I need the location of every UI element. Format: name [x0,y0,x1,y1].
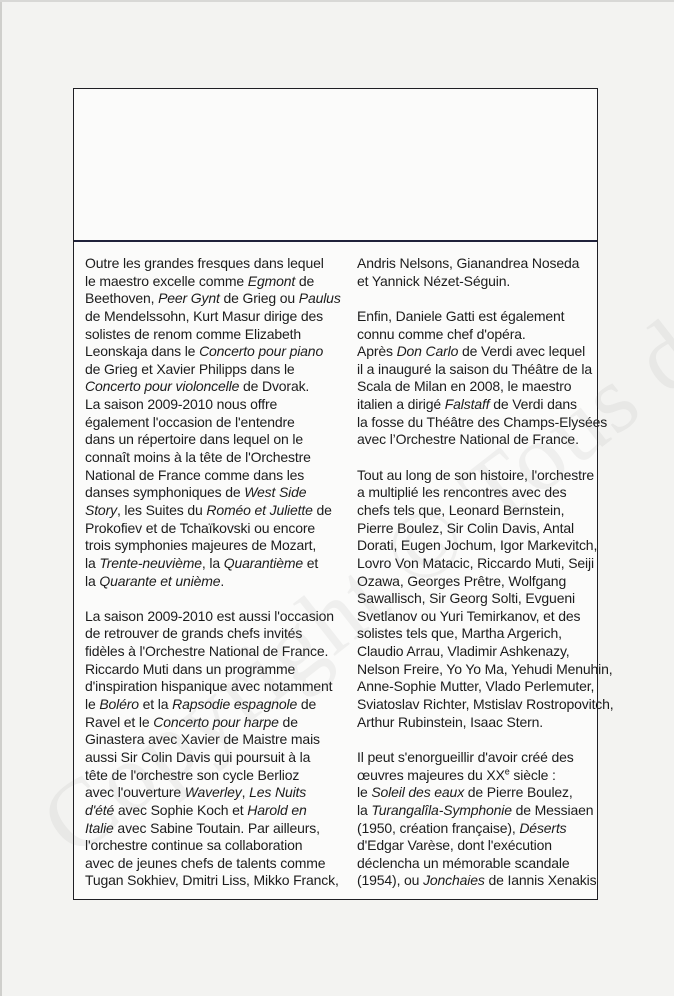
text-run: Prokofiev et de Tchaïkovski ou encore [85,520,315,536]
text-run: Lovro Von Matacic, Riccardo Muti, Seiji [357,555,594,571]
text-run: de Verdi dans [489,396,576,412]
text-run: Ravel et le [85,714,153,730]
text-line: avec l’Orchestre National de France. [357,431,597,449]
text-line: Dorati, Eugen Jochum, Igor Markevitch, [357,537,597,555]
paragraph: Enfin, Daniele Gatti est égalementconnu … [357,308,597,449]
text-run: avec Sabine Toutain. Par ailleurs, [114,820,320,836]
text-run: d'Edgar Varèse, dont l'exécution [357,837,552,853]
italic-title: Roméo et Juliette [206,502,312,518]
text-run: chefs tels que, Leonard Bernstein, [357,502,564,518]
text-run: Sawallisch, Sir Georg Solti, Evgueni [357,590,575,606]
text-line: italien a dirigé Falstaff de Verdi dans [357,396,597,414]
text-run: Claudio Arrau, Vladimir Ashkenazy, [357,643,570,659]
text-run: de Mendelssohn, Kurt Masur dirige des [85,308,323,324]
text-run: de [279,714,298,730]
italic-title: Les Nuits [249,784,306,800]
text-run: avec Sophie Koch et [114,802,247,818]
text-line: Concerto pour violoncelle de Dvorak. [85,378,335,396]
text-run: Arthur Rubinstein, Isaac Stern. [357,714,543,730]
text-run: et Yannick Nézet-Séguin. [357,273,510,289]
text-line: avec de jeunes chefs de talents comme [85,855,335,873]
italic-title: Don Carlo [397,343,459,359]
text-run: la [85,573,99,589]
text-line: (1950, création française), Déserts [357,820,597,838]
text-run: de Grieg et Xavier Philipps dans le [85,361,295,377]
paragraph: La saison 2009-2010 est aussi l'occasion… [85,608,335,890]
right-text-column: Andris Nelsons, Gianandrea Nosedaet Yann… [357,255,597,908]
text-line: d'été avec Sophie Koch et Harold en [85,802,335,820]
text-run: de [297,696,316,712]
text-run: Anne-Sophie Mutter, Vlado Perlemuter, [357,678,594,694]
text-run: italien a dirigé [357,396,445,412]
text-line: Enfin, Daniele Gatti est également [357,308,597,326]
text-line: la Turangalîla-Symphonie de Messiaen [357,802,597,820]
text-line: trois symphonies majeures de Mozart, [85,537,335,555]
text-line: chefs tels que, Leonard Bernstein, [357,502,597,520]
italic-title: Peer Gynt [158,290,220,306]
text-line: Prokofiev et de Tchaïkovski ou encore [85,520,335,538]
italic-title: Falstaff [445,396,490,412]
italic-title: Waverley [185,784,242,800]
text-run: Outre les grandes fresques dans lequel [85,255,324,271]
text-run: d'inspiration hispanique avec notamment [85,678,332,694]
text-run: œuvres majeures du XX [357,767,505,783]
text-line: le maestro excelle comme Egmont de [85,273,335,291]
text-run: de Grieg ou [220,290,299,306]
italic-title: West Side [244,484,306,500]
text-run: Beethoven, [85,290,158,306]
text-line: également l'occasion de l'entendre [85,414,335,432]
text-run: de Pierre Boulez, [464,784,573,800]
text-line: Andris Nelsons, Gianandrea Noseda [357,255,597,273]
text-run: Il peut s'enorgueillir d'avoir créé des [357,749,574,765]
text-run: le [85,696,99,712]
text-run: Enfin, Daniele Gatti est également [357,308,564,324]
italic-title: Boléro [99,696,139,712]
paragraph: Il peut s'enorgueillir d'avoir créé desœ… [357,749,597,890]
text-line: Riccardo Muti dans un programme [85,661,335,679]
italic-title: Déserts [519,820,566,836]
text-run: (1954), ou [357,872,423,888]
text-run: le maestro excelle comme [85,273,248,289]
text-line: Ginastera avec Xavier de Maistre mais [85,731,335,749]
text-run: . [220,573,224,589]
text-line: solistes tels que, Martha Argerich, [357,625,597,643]
text-line: a multiplié les rencontres avec des [357,484,597,502]
text-line: solistes de renom comme Elizabeth [85,326,335,344]
text-line: Anne-Sophie Mutter, Vlado Perlemuter, [357,678,597,696]
text-run: Sviatoslav Richter, Mstislav Rostropovit… [357,696,614,712]
text-run: solistes de renom comme Elizabeth [85,326,301,342]
text-line: Tout au long de son histoire, l'orchestr… [357,467,597,485]
text-line: la fosse du Théâtre des Champs-Elysées [357,414,597,432]
text-line: Sviatoslav Richter, Mstislav Rostropovit… [357,696,597,714]
text-line: Ravel et le Concerto pour harpe de [85,714,335,732]
paragraph: Andris Nelsons, Gianandrea Nosedaet Yann… [357,255,597,290]
text-line: connu comme chef d'opéra. [357,326,597,344]
text-run: La saison 2009-2010 nous offre [85,396,277,412]
text-run: dans un répertoire dans lequel on le [85,431,303,447]
text-line: Lovro Von Matacic, Riccardo Muti, Seiji [357,555,597,573]
italic-title: Harold en [247,802,306,818]
text-line: de Grieg et Xavier Philipps dans le [85,361,335,379]
paragraph: Tout au long de son histoire, l'orchestr… [357,467,597,732]
text-run: trois symphonies majeures de Mozart, [85,537,316,553]
italic-title: Rapsodie espagnole [172,696,297,712]
text-line: Ozawa, Georges Prêtre, Wolfgang [357,573,597,591]
text-run: Tout au long de son histoire, l'orchestr… [357,467,594,483]
text-line: La saison 2009-2010 est aussi l'occasion [85,608,335,626]
text-line: Outre les grandes fresques dans lequel [85,255,335,273]
text-run: de Verdi avec lequel [458,343,585,359]
text-run: il a inauguré la saison du Théâtre de la [357,361,592,377]
text-line: l'orchestre continue sa collaboration [85,837,335,855]
text-line: Story, les Suites du Roméo et Juliette d… [85,502,335,520]
text-line: la Trente-neuvième, la Quarantième et [85,555,335,573]
text-run: également l'occasion de l'entendre [85,414,295,430]
text-line: Leonskaja dans le Concerto pour piano [85,343,335,361]
blank-header-area [74,89,597,241]
italic-title: Concerto pour piano [199,343,323,359]
text-line: danses symphoniques de West Side [85,484,335,502]
text-line: d'inspiration hispanique avec notamment [85,678,335,696]
text-line: Svetlanov ou Yuri Temirkanov, et des [357,608,597,626]
text-run: Dorati, Eugen Jochum, Igor Markevitch, [357,537,597,553]
text-line: Scala de Milan en 2008, le maestro [357,378,597,396]
text-run: la [85,555,99,571]
text-run: solistes tels que, Martha Argerich, [357,625,562,641]
text-line: d'Edgar Varèse, dont l'exécution [357,837,597,855]
text-line: de retrouver de grands chefs invités [85,625,335,643]
italic-title: Turangalîla-Symphonie [371,802,512,818]
text-run: , les Suites du [117,502,206,518]
text-line: dans un répertoire dans lequel on le [85,431,335,449]
text-run: et la [139,696,172,712]
italic-title: Trente-neuvième [99,555,202,571]
text-run: , la [202,555,224,571]
text-line: (1954), ou Jonchaies de Iannis Xenakis [357,872,597,890]
italic-title: Story [85,502,117,518]
text-run: connu comme chef d'opéra. [357,326,526,342]
italic-title: Soleil des eaux [371,784,464,800]
italic-title: Concerto pour violoncelle [85,378,239,394]
text-run: Riccardo Muti dans un programme [85,661,295,677]
text-line: Sawallisch, Sir Georg Solti, Evgueni [357,590,597,608]
article-frame: Outre les grandes fresques dans lequelle… [73,88,598,900]
text-line: Pierre Boulez, Sir Colin Davis, Antal [357,520,597,538]
text-run: déclencha un mémorable scandale [357,855,570,871]
text-line: connaît moins à la tête de l'Orchestre [85,449,335,467]
text-run: fidèles à l'Orchestre National de France… [85,643,328,659]
text-line: La saison 2009-2010 nous offre [85,396,335,414]
text-run: le [357,784,371,800]
text-line: Nelson Freire, Yo Yo Ma, Yehudi Menuhin, [357,661,597,679]
text-line: Arthur Rubinstein, Isaac Stern. [357,714,597,732]
text-line: aussi Sir Colin Davis qui poursuit à la [85,749,335,767]
text-line: la Quarante et unième. [85,573,335,591]
text-run: Scala de Milan en 2008, le maestro [357,378,571,394]
text-line: fidèles à l'Orchestre National de France… [85,643,335,661]
text-run: de retrouver de grands chefs invités [85,625,302,641]
italic-title: d'été [85,802,114,818]
text-run: de [295,273,314,289]
text-run: National de France comme dans les [85,467,304,483]
text-run: avec l'ouverture [85,784,185,800]
text-line: le Boléro et la Rapsodie espagnole de [85,696,335,714]
text-run: Leonskaja dans le [85,343,199,359]
text-line: National de France comme dans les [85,467,335,485]
text-run: connaît moins à la tête de l'Orchestre [85,449,311,465]
text-line: tête de l'orchestre son cycle Berlioz [85,767,335,785]
header-divider [74,240,597,242]
text-run: de Iannis Xenakis [485,872,597,888]
text-run: de [313,502,332,518]
text-run: Après [357,343,397,359]
italic-title: Paulus [299,290,341,306]
text-line: Claudio Arrau, Vladimir Ashkenazy, [357,643,597,661]
text-run: Svetlanov ou Yuri Temirkanov, et des [357,608,580,624]
text-run: a multiplié les rencontres avec des [357,484,567,500]
text-run: danses symphoniques de [85,484,244,500]
text-line: de Mendelssohn, Kurt Masur dirige des [85,308,335,326]
text-run: avec de jeunes chefs de talents comme [85,855,325,871]
text-line: œuvres majeures du XXe siècle : [357,767,597,785]
text-run: Nelson Freire, Yo Yo Ma, Yehudi Menuhin, [357,661,613,677]
italic-title: Italie [85,820,114,836]
text-line: déclencha un mémorable scandale [357,855,597,873]
text-line: avec l'ouverture Waverley, Les Nuits [85,784,335,802]
text-run: siècle : [510,767,556,783]
text-line: et Yannick Nézet-Séguin. [357,273,597,291]
italic-title: Quarante et unième [99,573,220,589]
text-run: Tugan Sokhiev, Dmitri Liss, Mikko Franck… [85,872,339,888]
text-line: il a inauguré la saison du Théâtre de la [357,361,597,379]
text-run: Andris Nelsons, Gianandrea Noseda [357,255,579,271]
italic-title: Jonchaies [423,872,485,888]
text-run: , [242,784,249,800]
text-run: Pierre Boulez, Sir Colin Davis, Antal [357,520,574,536]
text-line: Tugan Sokhiev, Dmitri Liss, Mikko Franck… [85,872,335,890]
text-run: Ozawa, Georges Prêtre, Wolfgang [357,573,566,589]
italic-title: Egmont [248,273,295,289]
text-run: de Messiaen [512,802,593,818]
text-run: La saison 2009-2010 est aussi l'occasion [85,608,334,624]
text-run: de Dvorak. [239,378,309,394]
italic-title: Concerto pour harpe [153,714,279,730]
text-line: le Soleil des eaux de Pierre Boulez, [357,784,597,802]
text-run: Ginastera avec Xavier de Maistre mais [85,731,320,747]
text-line: Beethoven, Peer Gynt de Grieg ou Paulus [85,290,335,308]
left-text-column: Outre les grandes fresques dans lequelle… [85,255,335,908]
text-run: avec l’Orchestre National de France. [357,431,579,447]
text-line: Il peut s'enorgueillir d'avoir créé des [357,749,597,767]
text-run: la [357,802,371,818]
text-line: Italie avec Sabine Toutain. Par ailleurs… [85,820,335,838]
page-left-edge [0,0,2,996]
text-line: Après Don Carlo de Verdi avec lequel [357,343,597,361]
text-run: (1950, création française), [357,820,519,836]
paragraph: Outre les grandes fresques dans lequelle… [85,255,335,590]
italic-title: Quarantième [224,555,303,571]
text-run: l'orchestre continue sa collaboration [85,837,302,853]
text-run: aussi Sir Colin Davis qui poursuit à la [85,749,310,765]
text-run: tête de l'orchestre son cycle Berlioz [85,767,299,783]
text-run: et [303,555,318,571]
page-top-edge [0,0,674,2]
text-run: la fosse du Théâtre des Champs-Elysées [357,414,607,430]
